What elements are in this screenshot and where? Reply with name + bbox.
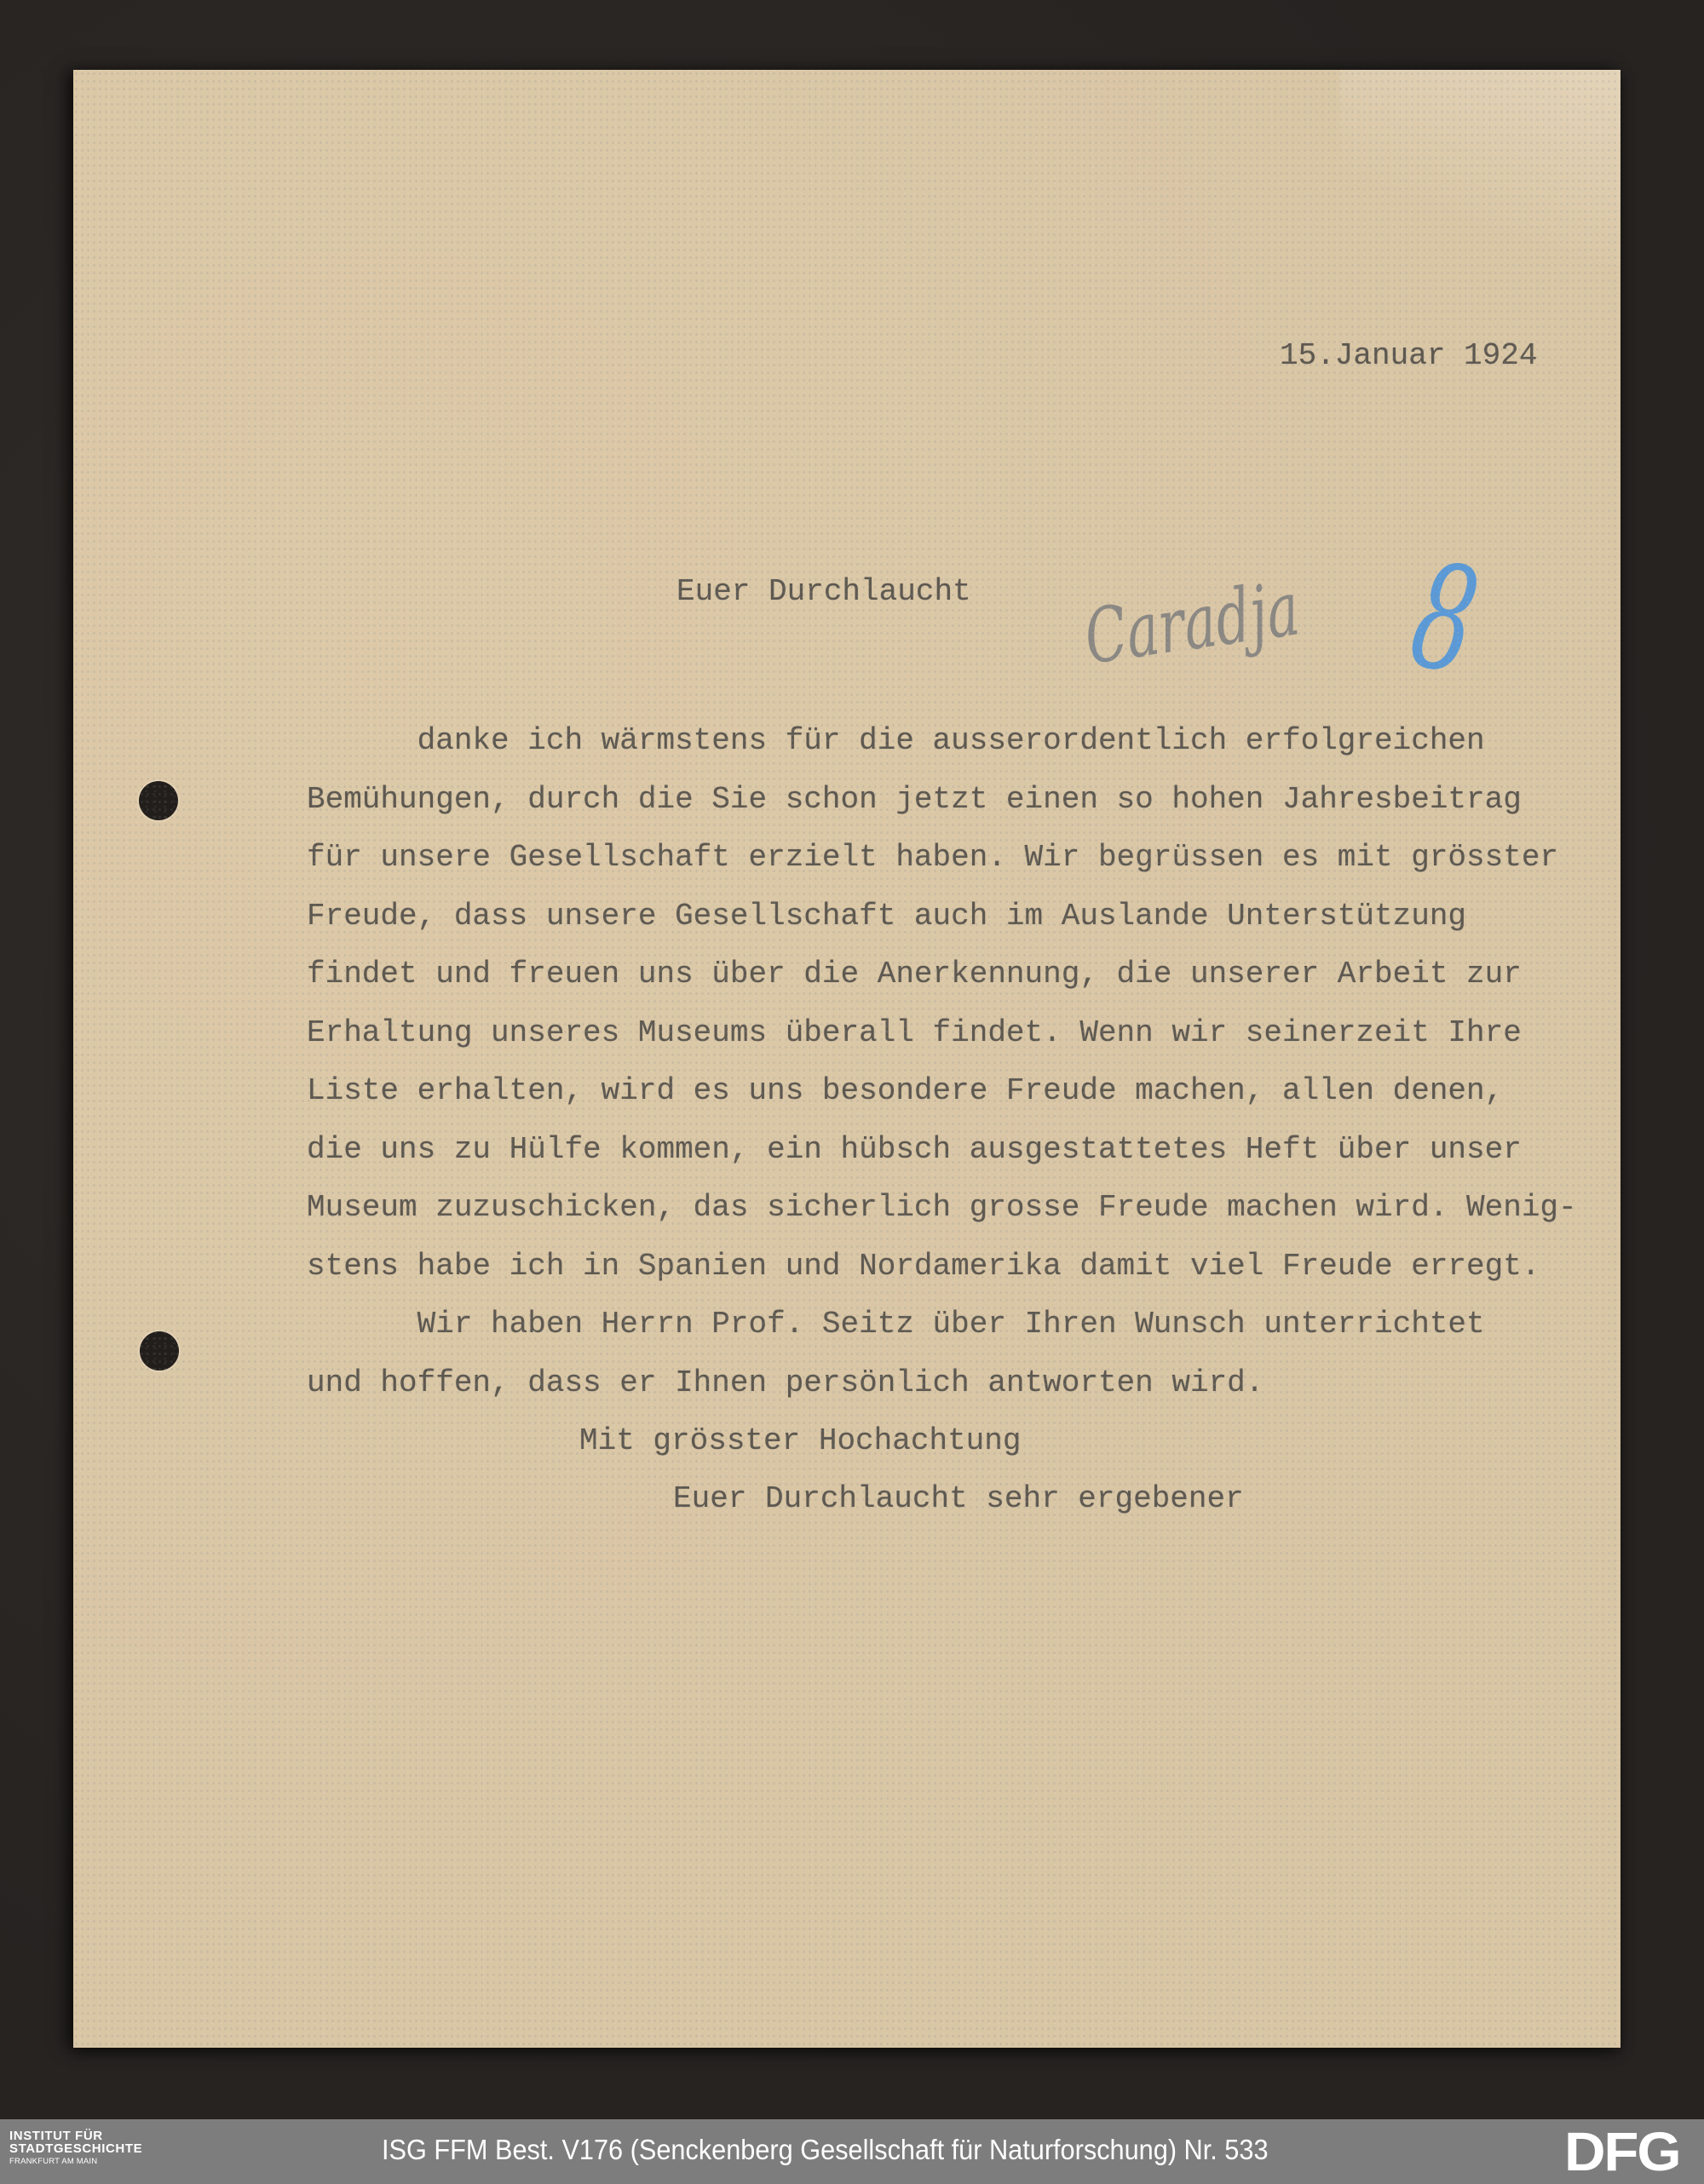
institution-line-1: INSTITUT FÜR — [9, 2129, 142, 2142]
isg-institution-logo: INSTITUT FÜR STADTGESCHICHTE FRANKFURT A… — [9, 2129, 142, 2166]
body-line: Bemühungen, durch die Sie schon jetzt ei… — [307, 785, 1522, 815]
institution-line-3: FRANKFURT AM MAIN — [9, 2157, 142, 2166]
body-line: Museum zuzuschicken, das sicherlich gros… — [307, 1193, 1577, 1223]
punch-hole-bottom — [140, 1331, 179, 1371]
letter-salutation: Euer Durchlaucht — [676, 577, 971, 607]
body-line: für unsere Gesellschaft erzielt haben. W… — [307, 842, 1558, 873]
body-line: stens habe ich in Spanien und Nordamerik… — [307, 1251, 1540, 1282]
letter-page: 15.Januar 1924 Euer Durchlaucht Caradja … — [73, 70, 1621, 2048]
punch-hole-top — [139, 781, 178, 820]
institution-line-2: STADTGESCHICHTE — [9, 2142, 142, 2155]
body-line: Erhaltung unseres Museums überall findet… — [307, 1018, 1522, 1049]
body-line: findet und freuen uns über die Anerkennu… — [307, 959, 1522, 990]
archive-signature-title: ISG FFM Best. V176 (Senckenberg Gesellsc… — [382, 2131, 1269, 2169]
paper-fold-highlight — [1339, 70, 1621, 266]
body-line: und hoffen, dass er Ihnen persönlich ant… — [307, 1368, 1264, 1399]
body-line: Liste erhalten, wird es uns besondere Fr… — [307, 1076, 1503, 1106]
letter-signature-line: Euer Durchlaucht sehr ergebener — [673, 1484, 1244, 1514]
letter-closing: Mit grösster Hochachtung — [579, 1426, 1021, 1457]
handwritten-recipient-annotation: Caradja — [1079, 564, 1304, 681]
letter-date: 15.Januar 1924 — [1280, 341, 1537, 371]
dfg-logo: DFG — [1564, 2128, 1680, 2175]
body-line: die uns zu Hülfe kommen, ein hübsch ausg… — [307, 1135, 1522, 1165]
body-line: danke ich wärmstens für die ausserordent… — [307, 726, 1485, 756]
handwritten-folio-number: 8 — [1401, 532, 1489, 708]
body-line: Wir haben Herrn Prof. Seitz über Ihren W… — [307, 1309, 1485, 1340]
archive-footer-bar: INSTITUT FÜR STADTGESCHICHTE FRANKFURT A… — [0, 2119, 1704, 2184]
body-line: Freude, dass unsere Gesellschaft auch im… — [307, 901, 1466, 932]
